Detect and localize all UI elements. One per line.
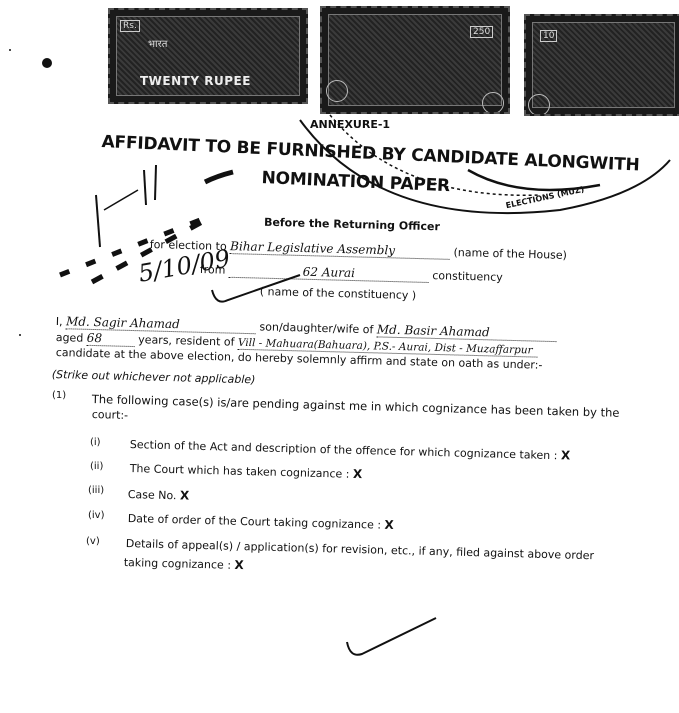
constituency-suffix: constituency — [432, 269, 503, 284]
cross-mark-icon: X — [180, 488, 190, 502]
stamp-value: 250 — [470, 26, 493, 38]
section-number: (1) — [52, 390, 66, 401]
age-field: 68 — [87, 331, 135, 347]
office-seal-text: ELECTIONS (MUZ) — [505, 185, 585, 210]
emblem-icon — [482, 92, 504, 114]
item-text: Section of the Act and description of th… — [130, 438, 558, 462]
signature-tick-icon — [347, 618, 436, 655]
cross-mark-icon: X — [353, 467, 363, 481]
constituency-caption: ( name of the constituency ) — [260, 285, 417, 302]
item-num: (ii) — [90, 461, 103, 472]
annexure-label: ANNEXURE-1 — [310, 118, 390, 131]
emblem-icon — [326, 80, 348, 102]
before-officer: Before the Returning Officer — [264, 216, 440, 234]
list-item: Case No. X — [128, 487, 190, 503]
stamp-hindi: भारत — [148, 36, 167, 50]
house-suffix: (name of the House) — [453, 246, 567, 262]
stamp-value: 10 — [540, 30, 557, 42]
from-line: from 62 Aurai constituency — [200, 262, 503, 285]
page-title-line1: AFFIDAVIT TO BE FURNISHED BY CANDIDATE A… — [101, 132, 640, 175]
cross-mark-icon: X — [561, 448, 571, 462]
list-item: Section of the Act and description of th… — [130, 437, 571, 463]
constituency-field: 62 Aurai — [229, 263, 429, 283]
item-num: (v) — [86, 536, 100, 547]
stamp-value: Rs. — [120, 20, 140, 32]
relation-label: son/daughter/wife of — [259, 320, 373, 336]
list-item: The Court which has taken cognizance : X — [130, 461, 363, 481]
stamp-label: TWENTY RUPEE — [140, 74, 251, 88]
section-text-line2: court:- — [92, 408, 129, 422]
list-item: Date of order of the Court taking cogniz… — [128, 511, 394, 532]
item-text: The Court which has taken cognizance : — [130, 462, 350, 481]
list-item-cont: taking cognizance : X — [124, 555, 244, 572]
cross-mark-icon: X — [384, 518, 394, 532]
item-num: (iii) — [88, 485, 104, 496]
strike-note: (Strike out whichever not applicable) — [52, 368, 256, 386]
i-label: I, — [56, 315, 63, 328]
item-num: (i) — [90, 437, 101, 448]
stamp-paper-1: Rs. भारत TWENTY RUPEE — [108, 8, 308, 104]
item-text: Case No. — [128, 488, 177, 502]
aged-label: aged — [56, 331, 84, 345]
emblem-icon — [528, 94, 550, 116]
page-title-line2: NOMINATION PAPER — [261, 168, 450, 196]
house-name-field: Bihar Legislative Assembly — [230, 239, 450, 260]
stamp-paper-2: 250 — [320, 6, 510, 114]
cross-mark-icon: X — [234, 558, 244, 572]
item-num: (iv) — [88, 510, 105, 521]
item-text: taking cognizance : — [124, 556, 232, 572]
section-text-line1: The following case(s) is/are pending aga… — [92, 392, 620, 420]
stamp-paper-3: 10 — [524, 14, 679, 116]
years-label: years, resident of — [138, 333, 235, 349]
item-text: Date of order of the Court taking cogniz… — [128, 512, 382, 532]
